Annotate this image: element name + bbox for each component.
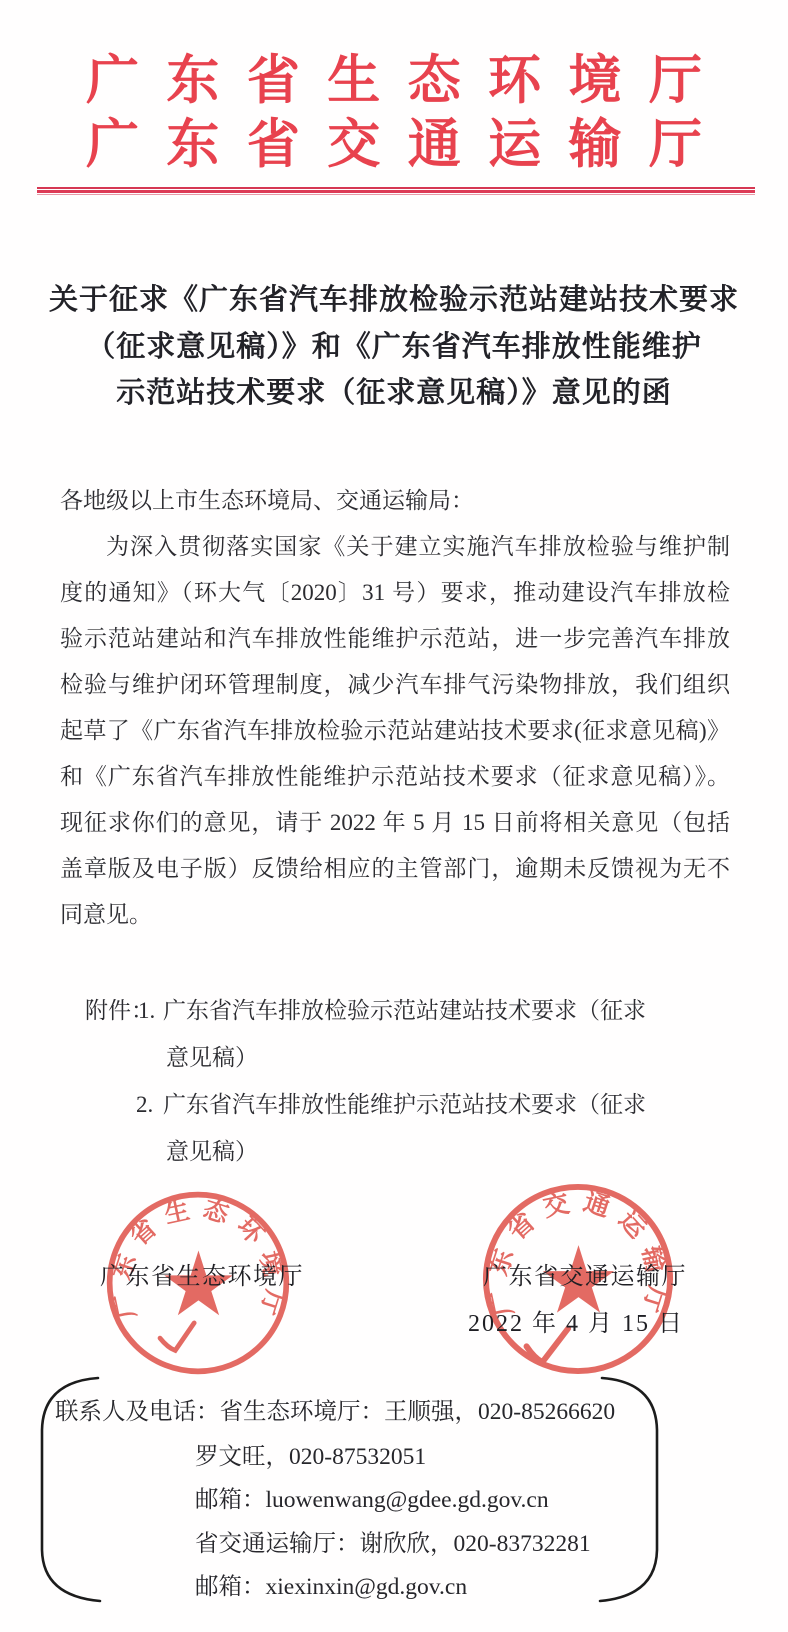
attachment-2-title-cont: 意见稿） — [166, 1138, 258, 1166]
title-line-2: （征求意见稿）》和《广东省汽车排放性能维护 — [0, 324, 788, 371]
attachment-1-title-cont: 意见稿） — [166, 1044, 258, 1072]
body-line: 度的通知》（环大气〔2020〕31 号）要求，推动建设汽车排放检 — [60, 570, 730, 616]
body-line: 验示范站建站和汽车排放性能维护示范站，进一步完善汽车排放 — [60, 616, 730, 662]
letterhead-char: 东 — [166, 52, 219, 110]
letterhead-char: 交 — [327, 116, 380, 174]
body-line: 起草了《广东省汽车排放检验示范站建站技术要求(征求意见稿)》 — [60, 708, 730, 754]
letterhead-char: 通 — [408, 116, 461, 174]
title-line-3: 示范站技术要求（征求意见稿）》意见的函 — [0, 370, 788, 417]
letterhead-divider-rule — [37, 187, 755, 195]
letterhead-char: 运 — [488, 116, 541, 174]
document-title: 关于征求《广东省汽车排放检验示范站建站技术要求 （征求意见稿）》和《广东省汽车排… — [0, 277, 788, 417]
letterhead-char: 广 — [86, 116, 139, 174]
letterhead-char: 生 — [327, 52, 380, 110]
attachment-1-number: 1. — [138, 997, 155, 1025]
letter-body: 各地级以上市生态环境局、交通运输局： 为深入贯彻落实国家《关于建立实施汽车排放检… — [60, 478, 730, 938]
contact-line-phones-2: 罗文旺，020-87532051 — [195, 1437, 426, 1471]
letterhead-char: 省 — [247, 52, 300, 110]
letterhead-char: 广 — [86, 52, 139, 110]
title-line-1: 关于征求《广东省汽车排放检验示范站建站技术要求 — [0, 277, 788, 324]
body-line: 盖章版及电子版）反馈给相应的主管部门，逾期未反馈视为无不 — [60, 846, 730, 892]
contact-line-phones-1: 联系人及电话：省生态环境厅：王顺强，020-85266620 — [55, 1392, 615, 1426]
letterhead-agency-2: 广东省交通运输厅 — [86, 116, 702, 174]
contact-line-email-1: 邮箱：luowenwang@gdee.gd.gov.cn — [195, 1480, 549, 1514]
salutation: 各地级以上市生态环境局、交通运输局： — [60, 478, 730, 524]
body-line: 为深入贯彻落实国家《关于建立实施汽车排放检验与维护制 — [60, 524, 730, 570]
contact-line-phones-3: 省交通运输厅：谢欣欣，020-83732281 — [195, 1524, 591, 1558]
letterhead-agency-1: 广东省生态环境厅 — [86, 52, 702, 110]
letterhead-char: 环 — [488, 52, 541, 110]
body-line: 检验与维护闭环管理制度，减少汽车排气污染物排放，我们组织 — [60, 662, 730, 708]
body-line: 同意见。 — [60, 892, 730, 938]
attachment-1-title: 广东省汽车排放检验示范站建站技术要求（征求 — [163, 997, 646, 1025]
signature-ecology-dept: 广东省生态环境厅 — [100, 1256, 304, 1291]
contact-line-email-2: 邮箱：xiexinxin@gd.gov.cn — [195, 1567, 467, 1601]
check-icon — [160, 1323, 194, 1351]
letterhead-char: 境 — [569, 52, 622, 110]
letterhead-char: 厅 — [649, 116, 702, 174]
letterhead-char: 态 — [408, 52, 461, 110]
attachment-2-number: 2. — [136, 1091, 153, 1119]
letterhead-char: 输 — [569, 116, 622, 174]
attachment-2-title: 广东省汽车排放性能维护示范站技术要求（征求 — [163, 1091, 646, 1119]
signature-date: 2022 年 4 月 15 日 — [468, 1303, 684, 1338]
body-line: 和《广东省汽车排放性能维护示范站技术要求（征求意见稿）》。 — [60, 754, 730, 800]
letterhead-char: 东 — [166, 116, 219, 174]
letterhead-char: 省 — [247, 116, 300, 174]
letterhead-char: 厅 — [649, 52, 702, 110]
body-line: 现征求你们的意见，请于 2022 年 5 月 15 日前将相关意见（包括 — [60, 800, 730, 846]
document-page: 广东省生态环境厅 广东省交通运输厅 关于征求《广东省汽车排放检验示范站建站技术要… — [0, 0, 788, 1632]
signature-transport-dept: 广东省交通运输厅 — [483, 1256, 687, 1291]
